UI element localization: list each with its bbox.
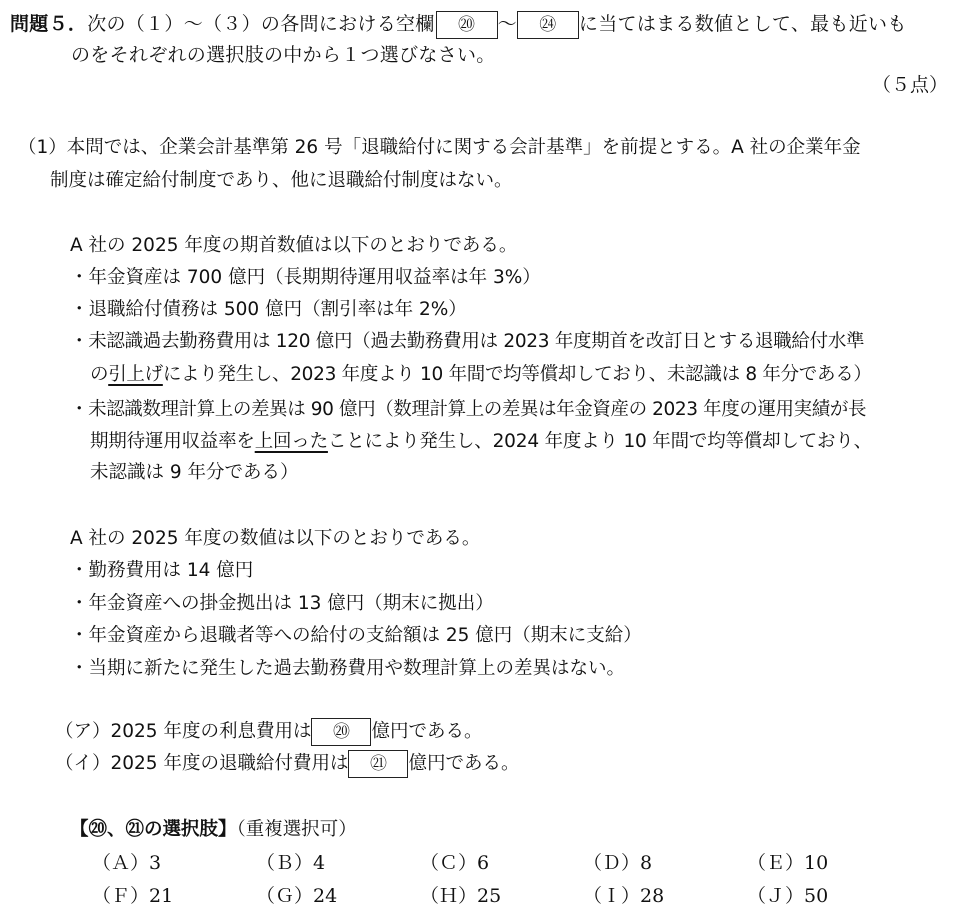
opening-heading: A 社の 2025 年度の期首数値は以下のとおりである。 (70, 231, 517, 257)
instruction-text: 次の（１）～（３）の各問における空欄 (87, 13, 434, 35)
annual-item-service-cost: ・勤務費用は 14 億円 (70, 556, 253, 582)
subquestion-a-suffix: 億円である。 (371, 721, 482, 742)
choice-letter: （Ｃ） (420, 852, 477, 874)
psc-text-pre: の (90, 364, 108, 385)
opening-item-actuarial-line3: 未認識は 9 年分である） (90, 458, 299, 484)
problem-instruction-line1: 問題５．次の（１）～（３）の各問における空欄⑳～㉔に当てはまる数値として、最も近… (10, 9, 907, 39)
choice-d[interactable]: （Ｄ）8 (583, 848, 652, 875)
answer-blank-21-label: ㉑ (370, 754, 387, 774)
opening-item-plan-assets: ・年金資産は 700 億円（長期期待運用収益率は年 3%） (70, 263, 541, 289)
choice-value: 25 (477, 885, 501, 907)
q1-intro-line2: 制度は確定給付制度であり、他に退職給付制度はない。 (50, 166, 513, 192)
blank-20-box: ⑳ (436, 11, 498, 39)
choice-e[interactable]: （Ｅ）10 (747, 848, 828, 875)
tilde: ～ (498, 13, 517, 35)
opening-item-actuarial-line1: ・未認識数理計算上の差異は 90 億円（数理計算上の差異は年金資産の 2023 … (70, 395, 866, 421)
choices-heading-label: 【⑳、㉑の選択肢】 (70, 819, 237, 840)
choice-letter: （Ｇ） (256, 885, 313, 907)
choice-value: 6 (477, 852, 489, 874)
points-label: （５点） (872, 70, 948, 97)
choice-letter: （Ｉ） (583, 885, 640, 907)
choices-heading: 【⑳、㉑の選択肢】（重複選択可） (70, 815, 357, 841)
choice-letter: （Ｂ） (256, 852, 313, 874)
choice-letter: （Ｅ） (747, 852, 804, 874)
choice-h[interactable]: （Ｈ）25 (420, 881, 501, 908)
choice-value: 8 (640, 852, 652, 874)
choice-letter: （Ｄ） (583, 852, 640, 874)
problem-label: 問題５． (10, 13, 87, 35)
actuarial-underlined-text: 上回った (255, 431, 328, 452)
choice-j[interactable]: （Ｊ）50 (747, 881, 828, 908)
opening-item-dbo: ・退職給付債務は 500 億円（割引率は年 2%） (70, 295, 467, 321)
annual-item-benefits-paid: ・年金資産から退職者等への給付の支給額は 25 億円（期末に支給） (70, 621, 642, 647)
choice-value: 24 (313, 885, 337, 907)
problem-instruction-line2: のをそれぞれの選択肢の中から１つ選びなさい。 (71, 40, 496, 67)
answer-blank-20-label: ⑳ (333, 722, 350, 742)
psc-underlined-text: 引上げ (108, 364, 163, 385)
subquestion-b: （イ）2025 年度の退職給付費用は㉑億円である。 (55, 749, 519, 778)
q1-intro-line1: （1）本問では、企業会計基準第 26 号「退職給付に関する会計基準」を前提とする… (18, 133, 861, 159)
blank-24-label: ㉔ (539, 15, 556, 35)
choice-letter: （Ａ） (92, 852, 149, 874)
choice-c[interactable]: （Ｃ）6 (420, 848, 489, 875)
actuarial-text-post: ことにより発生し、2024 年度より 10 年間で均等償却しており、 (328, 431, 872, 452)
answer-blank-21[interactable]: ㉑ (348, 750, 408, 778)
choice-b[interactable]: （Ｂ）4 (256, 848, 325, 875)
subquestion-b-label: （イ）2025 年度の退職給付費用は (55, 753, 348, 774)
blank-20-label: ⑳ (458, 15, 475, 35)
choice-value: 50 (804, 885, 828, 907)
annual-item-no-new-items: ・当期に新たに発生した過去勤務費用や数理計算上の差異はない。 (70, 654, 625, 680)
subquestion-b-suffix: 億円である。 (408, 753, 519, 774)
choice-letter: （Ｆ） (92, 885, 149, 907)
blank-24-box: ㉔ (517, 11, 579, 39)
opening-item-psc-line1: ・未認識過去勤務費用は 120 億円（過去勤務費用は 2023 年度期首を改訂日… (70, 327, 864, 353)
opening-item-psc-line2: の引上げにより発生し、2023 年度より 10 年間で均等償却しており、未認識は… (90, 360, 872, 386)
choice-value: 21 (149, 885, 173, 907)
choice-a[interactable]: （Ａ）3 (92, 848, 161, 875)
answer-blank-20[interactable]: ⑳ (311, 718, 371, 746)
actuarial-text-pre: 期期待運用収益率を (90, 431, 255, 452)
subquestion-a-label: （ア）2025 年度の利息費用は (55, 721, 311, 742)
annual-item-contribution: ・年金資産への掛金拠出は 13 億円（期末に拠出） (70, 589, 494, 615)
opening-item-actuarial-line2: 期期待運用収益率を上回ったことにより発生し、2024 年度より 10 年間で均等… (90, 427, 872, 453)
choice-letter: （Ｊ） (747, 885, 804, 907)
choice-value: 10 (804, 852, 828, 874)
choice-value: 3 (149, 852, 161, 874)
instruction-text-end: に当てはまる数値として、最も近いも (579, 13, 907, 35)
choice-letter: （Ｈ） (420, 885, 477, 907)
choice-f[interactable]: （Ｆ）21 (92, 881, 173, 908)
annual-heading: A 社の 2025 年度の数値は以下のとおりである。 (70, 524, 480, 550)
choice-i[interactable]: （Ｉ）28 (583, 881, 664, 908)
choices-note: （重複選択可） (237, 819, 357, 840)
choice-g[interactable]: （Ｇ）24 (256, 881, 337, 908)
choice-value: 4 (313, 852, 325, 874)
choice-value: 28 (640, 885, 664, 907)
psc-text-post: により発生し、2023 年度より 10 年間で均等償却しており、未認識は 8 年… (163, 364, 872, 385)
subquestion-a: （ア）2025 年度の利息費用は⑳億円である。 (55, 717, 482, 746)
